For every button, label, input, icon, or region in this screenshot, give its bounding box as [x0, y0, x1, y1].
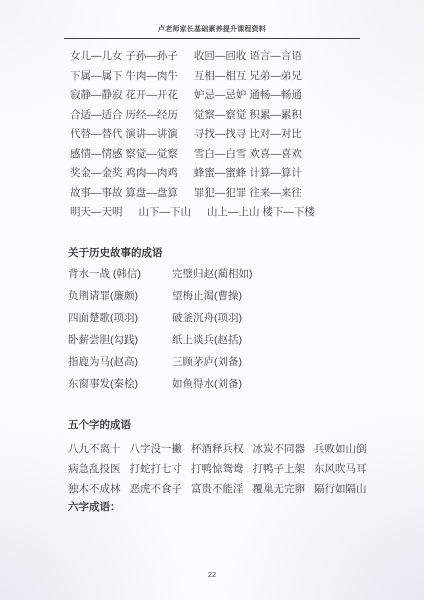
pair-group: 山上—上山 楼下—下楼 [207, 203, 315, 223]
pair-group: 明天—天明 [70, 203, 123, 223]
idiom-row: 东窗事发(秦桧) 如鱼得水(刘备) [68, 373, 253, 395]
pair-group: 女儿—儿女 子孙—孙子 [70, 47, 178, 67]
idiom-with-person: 指鹿为马(赵高) [68, 351, 172, 373]
idiom-row: 独木不成林 恶虎不食子 富贵不能淫 覆巢无完卵 隔行如隔山 [68, 479, 367, 499]
pair-group: 感情—情感 察觉—觉察 [70, 145, 178, 165]
pair-row: 代替—替代 演讲—讲演 寻找—找寻 比对—对比 [70, 125, 315, 145]
idiom-row: 卧薪尝胆(勾践) 纸上谈兵(赵括) [68, 329, 253, 351]
synonym-pairs-section: 女儿—儿女 子孙—孙子 收回—回收 语言—言语 下属—属下 牛肉—肉牛 互相—相… [70, 47, 315, 223]
idiom-with-person: 四面楚歌(项羽) [68, 307, 172, 329]
pair-group: 蜂蜜—蜜蜂 计算—算计 [194, 164, 302, 184]
pair-group: 雪白—白雪 欢喜—喜欢 [194, 145, 302, 165]
pair-group: 故事—事故 算盘—盘算 [70, 184, 178, 204]
idiom-item: 兵败如山倒 [314, 439, 367, 459]
pair-row: 下属—属下 牛肉—肉牛 互相—相互 兄弟—弟兄 [70, 67, 315, 87]
idiom-row: 八九不离十 八字没一撇 杯酒释兵权 冰炭不同器 兵败如山倒 [68, 439, 367, 459]
pair-row: 感情—情感 察觉—觉察 雪白—白雪 欢喜—喜欢 [70, 145, 315, 165]
idiom-with-person: 破釜沉舟(项羽) [172, 307, 242, 329]
idiom-with-person: 完璧归赵(蔺相如) [172, 263, 253, 285]
pair-group: 收回—回收 语言—言语 [194, 47, 302, 67]
history-idioms-section: 关于历史故事的成语 背水一战 (韩信) 完璧归赵(蔺相如) 负荆请罪(廉颇) 望… [68, 245, 253, 395]
idiom-item: 八九不离十 [68, 439, 121, 459]
five-char-section-heading: 五个字的成语 [68, 417, 367, 433]
pair-group: 寻找—找寻 比对—对比 [194, 125, 302, 145]
idiom-row: 病急乱投医 打蛇打七寸 打鸭惊鸳鸯 打鸭子上架 东风吹马耳 [68, 459, 367, 479]
idiom-item: 打蛇打七寸 [130, 459, 183, 479]
idiom-item: 冰炭不同器 [253, 439, 306, 459]
pair-group: 山下—下山 [139, 203, 192, 223]
page-header-title: 卢老师家长基础素养提升课程资料 [0, 24, 424, 34]
idiom-item: 杯酒释兵权 [191, 439, 244, 459]
pair-row: 女儿—儿女 子孙—孙子 收回—回收 语言—言语 [70, 47, 315, 67]
history-rows: 背水一战 (韩信) 完璧归赵(蔺相如) 负荆请罪(廉颇) 望梅止渴(曹操) 四面… [68, 263, 253, 395]
five-char-rows: 八九不离十 八字没一撇 杯酒释兵权 冰炭不同器 兵败如山倒 病急乱投医 打蛇打七… [68, 439, 367, 499]
idiom-item: 打鸭惊鸳鸯 [191, 459, 244, 479]
pair-row: 合适—适合 历经—经历 觉察—察觉 积累—累积 [70, 106, 315, 126]
five-char-idioms-section: 五个字的成语 八九不离十 八字没一撇 杯酒释兵权 冰炭不同器 兵败如山倒 病急乱… [68, 417, 367, 499]
header-divider [64, 38, 360, 39]
idiom-with-person: 如鱼得水(刘备) [172, 373, 242, 395]
idiom-item: 隔行如隔山 [314, 479, 367, 499]
idiom-row: 背水一战 (韩信) 完璧归赵(蔺相如) [68, 263, 253, 285]
idiom-with-person: 望梅止渴(曹操) [172, 285, 242, 307]
pair-group: 奖金—金奖 鸡肉—肉鸡 [70, 164, 178, 184]
idiom-row: 四面楚歌(项羽) 破釜沉舟(项羽) [68, 307, 253, 329]
page-number: 22 [0, 570, 424, 579]
six-char-section-heading: 六字成语： [68, 500, 121, 514]
pair-group: 合适—适合 历经—经历 [70, 106, 178, 126]
pair-group: 代替—替代 演讲—讲演 [70, 125, 178, 145]
idiom-with-person: 东窗事发(秦桧) [68, 373, 172, 395]
pair-row: 奖金—金奖 鸡肉—肉鸡 蜂蜜—蜜蜂 计算—算计 [70, 164, 315, 184]
idiom-with-person: 负荆请罪(廉颇) [68, 285, 172, 307]
pair-row: 寂静—静寂 花开—开花 妒忌—忌妒 通畅—畅通 [70, 86, 315, 106]
idiom-with-person: 纸上谈兵(赵括) [172, 329, 242, 351]
pair-row: 故事—事故 算盘—盘算 罪犯—犯罪 往来—来往 [70, 184, 315, 204]
idiom-with-person: 背水一战 (韩信) [68, 263, 172, 285]
idiom-item: 病急乱投医 [68, 459, 121, 479]
history-section-heading: 关于历史故事的成语 [68, 245, 253, 261]
pair-group: 寂静—静寂 花开—开花 [70, 86, 178, 106]
pair-row: 明天—天明 山下—下山 山上—上山 楼下—下楼 [70, 203, 315, 223]
idiom-row: 指鹿为马(赵高) 三顾茅庐(刘备) [68, 351, 253, 373]
pair-group: 罪犯—犯罪 往来—来往 [194, 184, 302, 204]
pair-group: 下属—属下 牛肉—肉牛 [70, 67, 178, 87]
idiom-item: 富贵不能淫 [191, 479, 244, 499]
idiom-with-person: 三顾茅庐(刘备) [172, 351, 242, 373]
idiom-item: 独木不成林 [68, 479, 121, 499]
idiom-item: 八字没一撇 [130, 439, 183, 459]
idiom-with-person: 卧薪尝胆(勾践) [68, 329, 172, 351]
idiom-item: 打鸭子上架 [253, 459, 306, 479]
idiom-item: 恶虎不食子 [130, 479, 183, 499]
pair-group: 互相—相互 兄弟—弟兄 [194, 67, 302, 87]
idiom-item: 覆巢无完卵 [253, 479, 306, 499]
idiom-item: 东风吹马耳 [314, 459, 367, 479]
pair-group: 觉察—察觉 积累—累积 [194, 106, 302, 126]
idiom-row: 负荆请罪(廉颇) 望梅止渴(曹操) [68, 285, 253, 307]
pair-group: 妒忌—忌妒 通畅—畅通 [194, 86, 302, 106]
